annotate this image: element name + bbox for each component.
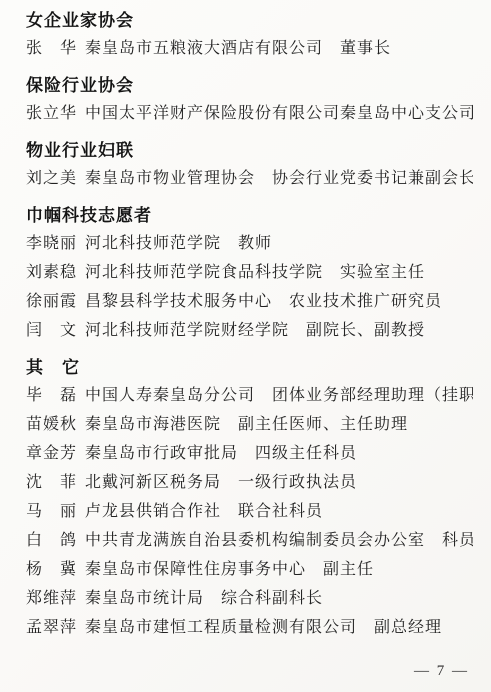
- list-item: 沈 菲 北戴河新区税务局 一级行政执法员: [26, 473, 473, 493]
- section-women-entrepreneurs: 女企业家协会 张 华 秦皇岛市五粮液大酒店有限公司 董事长: [26, 12, 473, 59]
- list-item: 李晓丽 河北科技师范学院 教师: [26, 234, 473, 254]
- person-name: 章金芳: [26, 444, 76, 464]
- section-heading: 女企业家协会: [26, 12, 473, 30]
- person-name: 苗媛秋: [26, 415, 76, 435]
- person-affiliation: 卢龙县供销合作社 联合社科员: [85, 502, 473, 522]
- section-others: 其 它 毕 磊 中国人寿秦皇岛分公司 团体业务部经理助理（挂职） 苗媛秋 秦皇岛…: [26, 359, 473, 638]
- list-item: 张 华 秦皇岛市五粮液大酒店有限公司 董事长: [26, 39, 473, 59]
- person-affiliation: 秦皇岛市统计局 综合科副科长: [85, 589, 473, 609]
- section-tech-volunteers: 巾帼科技志愿者 李晓丽 河北科技师范学院 教师 刘素稳 河北科技师范学院食品科技…: [26, 207, 473, 341]
- section-heading: 其 它: [26, 359, 473, 377]
- person-affiliation: 中共青龙满族自治县委机构编制委员会办公室 科员: [85, 531, 473, 551]
- document-page: 女企业家协会 张 华 秦皇岛市五粮液大酒店有限公司 董事长 保险行业协会 张立华…: [0, 0, 491, 692]
- list-item: 章金芳 秦皇岛市行政审批局 四级主任科员: [26, 444, 473, 464]
- person-name: 闫 文: [26, 321, 76, 341]
- person-name: 李晓丽: [26, 234, 76, 254]
- person-name: 刘素稳: [26, 263, 76, 283]
- section-heading: 保险行业协会: [26, 77, 473, 95]
- person-name: 孟翠萍: [26, 618, 76, 638]
- section-heading: 物业行业妇联: [26, 142, 473, 160]
- list-item: 刘之美 秦皇岛市物业管理协会 协会行业党委书记兼副会长: [26, 169, 473, 189]
- person-name: 徐丽霞: [26, 292, 76, 312]
- person-name: 张 华: [26, 39, 76, 59]
- list-item: 白 鸽 中共青龙满族自治县委机构编制委员会办公室 科员: [26, 531, 473, 551]
- person-affiliation: 秦皇岛市物业管理协会 协会行业党委书记兼副会长: [85, 169, 473, 189]
- person-affiliation: 河北科技师范学院 教师: [85, 234, 473, 254]
- section-insurance-industry: 保险行业协会 张立华 中国太平洋财产保险股份有限公司秦皇岛中心支公司: [26, 77, 473, 124]
- section-heading: 巾帼科技志愿者: [26, 207, 473, 225]
- person-affiliation: 河北科技师范学院财经学院 副院长、副教授: [85, 321, 473, 341]
- list-item: 毕 磊 中国人寿秦皇岛分公司 团体业务部经理助理（挂职）: [26, 386, 473, 406]
- list-item: 张立华 中国太平洋财产保险股份有限公司秦皇岛中心支公司: [26, 104, 473, 124]
- person-name: 白 鸽: [26, 531, 76, 551]
- person-affiliation: 秦皇岛市建恒工程质量检测有限公司 副总经理: [85, 618, 473, 638]
- list-item: 孟翠萍 秦皇岛市建恒工程质量检测有限公司 副总经理: [26, 618, 473, 638]
- person-name: 杨 冀: [26, 560, 76, 580]
- person-affiliation: 秦皇岛市海港医院 副主任医师、主任助理: [85, 415, 473, 435]
- list-item: 杨 冀 秦皇岛市保障性住房事务中心 副主任: [26, 560, 473, 580]
- person-name: 沈 菲: [26, 473, 76, 493]
- person-affiliation: 秦皇岛市保障性住房事务中心 副主任: [85, 560, 473, 580]
- person-name: 刘之美: [26, 169, 76, 189]
- person-affiliation: 秦皇岛市行政审批局 四级主任科员: [85, 444, 473, 464]
- person-name: 马 丽: [26, 502, 76, 522]
- person-affiliation: 秦皇岛市五粮液大酒店有限公司 董事长: [85, 39, 473, 59]
- person-name: 郑维萍: [26, 589, 76, 609]
- page-number: — 7 —: [414, 663, 469, 680]
- list-item: 马 丽 卢龙县供销合作社 联合社科员: [26, 502, 473, 522]
- person-affiliation: 中国人寿秦皇岛分公司 团体业务部经理助理（挂职）: [85, 386, 473, 406]
- person-name: 毕 磊: [26, 386, 76, 406]
- list-item: 徐丽霞 昌黎县科学技术服务中心 农业技术推广研究员: [26, 292, 473, 312]
- person-affiliation: 北戴河新区税务局 一级行政执法员: [85, 473, 473, 493]
- list-item: 苗媛秋 秦皇岛市海港医院 副主任医师、主任助理: [26, 415, 473, 435]
- person-name: 张立华: [26, 104, 76, 124]
- list-item: 闫 文 河北科技师范学院财经学院 副院长、副教授: [26, 321, 473, 341]
- person-affiliation: 河北科技师范学院食品科技学院 实验室主任: [85, 263, 473, 283]
- list-item: 刘素稳 河北科技师范学院食品科技学院 实验室主任: [26, 263, 473, 283]
- section-property-industry: 物业行业妇联 刘之美 秦皇岛市物业管理协会 协会行业党委书记兼副会长: [26, 142, 473, 189]
- list-item: 郑维萍 秦皇岛市统计局 综合科副科长: [26, 589, 473, 609]
- person-affiliation: 中国太平洋财产保险股份有限公司秦皇岛中心支公司: [85, 104, 473, 124]
- person-affiliation: 昌黎县科学技术服务中心 农业技术推广研究员: [85, 292, 473, 312]
